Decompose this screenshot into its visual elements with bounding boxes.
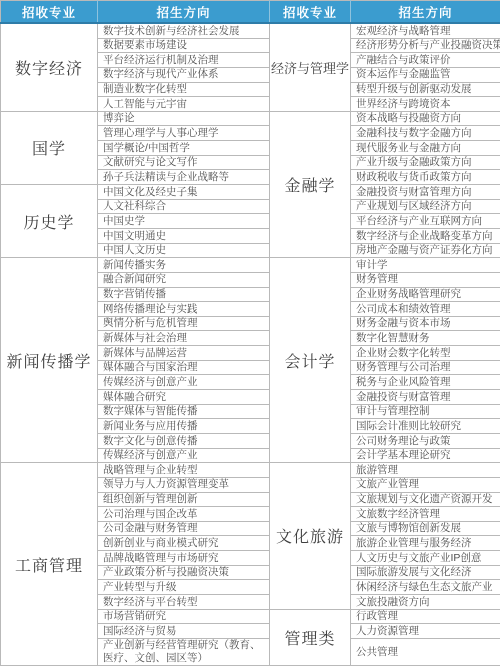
direction-cell-left: 数字经济与现代产业体系 — [98, 67, 270, 82]
direction-cell-left: 新闻业务与应用传播 — [98, 419, 270, 434]
direction-cell-right: 财务管理 — [351, 272, 500, 287]
direction-cell-right: 财务管理与公司治理 — [351, 360, 500, 375]
major-cell-right: 文化旅游 — [270, 463, 351, 609]
direction-cell-left: 产业政策分析与投融资决策 — [98, 565, 270, 580]
direction-cell-right: 房地产金融与资产证券化方向 — [351, 243, 500, 258]
direction-cell-left: 中国文化及经史子集 — [98, 185, 270, 200]
direction-cell-left: 创新创业与商业模式研究 — [98, 536, 270, 551]
direction-cell-right: 产业升级与金融政策方向 — [351, 155, 500, 170]
table-row: 新闻传播学新闻传播实务会计学审计学 — [1, 258, 500, 273]
major-cell-right: 会计学 — [270, 258, 351, 463]
major-cell-left: 新闻传播学 — [1, 258, 98, 463]
header-row: 招收专业 招生方向 招收专业 招生方向 — [1, 1, 500, 24]
direction-cell-left: 平台经济运行机制及治理 — [98, 53, 270, 68]
direction-cell-left: 国学概论/中国哲学 — [98, 141, 270, 156]
major-cell-left: 历史学 — [1, 185, 98, 258]
direction-cell-right: 旅游管理 — [351, 463, 500, 478]
direction-cell-left: 新媒体与品牌运营 — [98, 346, 270, 361]
direction-cell-left: 品牌战略管理与市场研究 — [98, 551, 270, 566]
direction-cell-right: 产融结合与政策评价 — [351, 53, 500, 68]
direction-cell-right: 文旅与博物馆创新发展 — [351, 521, 500, 536]
header-direction-left: 招生方向 — [98, 1, 270, 24]
direction-cell-right: 行政管理 — [351, 609, 500, 624]
direction-cell-right: 公司财务理论与政策 — [351, 433, 500, 448]
direction-cell-left: 人工智能与元宇宙 — [98, 97, 270, 112]
admissions-table-page: 招收专业 招生方向 招收专业 招生方向 数字经济数字技术创新与经济社会发展经济与… — [0, 0, 500, 666]
direction-cell-right: 世界经济与跨境资本 — [351, 97, 500, 112]
direction-cell-right: 数字经济与企业战略变革方向 — [351, 228, 500, 243]
direction-cell-right: 资本运作与金融监管 — [351, 67, 500, 82]
direction-cell-left: 数字文化与创意传播 — [98, 433, 270, 448]
direction-cell-right: 国际旅游发展与文化经济 — [351, 565, 500, 580]
header-major-right: 招收专业 — [270, 1, 351, 24]
direction-cell-left: 中国史学 — [98, 214, 270, 229]
direction-cell-right: 休闲经济与绿色生态文旅产业 — [351, 580, 500, 595]
direction-cell-right: 金融投资与财富管理方向 — [351, 185, 500, 200]
direction-cell-left: 国际经济与贸易 — [98, 624, 270, 639]
direction-cell-right: 公司成本和绩效管理 — [351, 302, 500, 317]
direction-cell-right: 人文历史与文旅产业IP创意 — [351, 551, 500, 566]
direction-cell-left: 战略管理与企业转型 — [98, 463, 270, 478]
direction-cell-left: 市场营销研究 — [98, 609, 270, 624]
direction-cell-left: 新闻传播实务 — [98, 258, 270, 273]
direction-cell-right: 审计与管理控制 — [351, 404, 500, 419]
major-cell-right: 金融学 — [270, 111, 351, 257]
direction-cell-right: 财务金融与资本市场 — [351, 316, 500, 331]
admissions-table: 招收专业 招生方向 招收专业 招生方向 数字经济数字技术创新与经济社会发展经济与… — [0, 0, 500, 666]
direction-cell-right: 审计学 — [351, 258, 500, 273]
table-row: 国学博弈论金融学资本战略与投融资方向 — [1, 111, 500, 126]
major-cell-left: 国学 — [1, 111, 98, 184]
header-major-left: 招收专业 — [1, 1, 98, 24]
direction-cell-right: 转型升级与创新驱动发展 — [351, 82, 500, 97]
direction-cell-right: 会计学基本理论研究 — [351, 448, 500, 463]
direction-cell-left: 中国文明通史 — [98, 228, 270, 243]
direction-cell-left: 孙子兵法精读与企业战略等 — [98, 170, 270, 185]
direction-cell-left: 数字技术创新与经济社会发展 — [98, 23, 270, 38]
direction-cell-right: 文旅产业管理 — [351, 477, 500, 492]
direction-cell-right: 资本战略与投融资方向 — [351, 111, 500, 126]
direction-cell-left: 博弈论 — [98, 111, 270, 126]
direction-cell-left: 中国人文历史 — [98, 243, 270, 258]
direction-cell-left: 新媒体与社会治理 — [98, 331, 270, 346]
direction-cell-right: 宏观经济与战略管理 — [351, 23, 500, 38]
table-row: 工商管理战略管理与企业转型文化旅游旅游管理 — [1, 463, 500, 478]
direction-cell-left: 领导力与人力资源管理变革 — [98, 477, 270, 492]
direction-cell-right: 旅游企业管理与服务经济 — [351, 536, 500, 551]
direction-cell-left: 融合新闻研究 — [98, 272, 270, 287]
direction-cell-right: 人力资源管理 — [351, 624, 500, 639]
direction-cell-left: 数字经济与平台转型 — [98, 594, 270, 609]
direction-cell-left: 管理心理学与人事心理学 — [98, 126, 270, 141]
direction-cell-left: 公司治理与国企改革 — [98, 507, 270, 522]
direction-cell-right: 数字化智慧财务 — [351, 331, 500, 346]
table-header: 招收专业 招生方向 招收专业 招生方向 — [1, 1, 500, 24]
direction-cell-right: 公共管理 — [351, 638, 500, 665]
direction-cell-left: 制造业数字化转型 — [98, 82, 270, 97]
direction-cell-right: 产业规划与区域经济方向 — [351, 199, 500, 214]
table-row: 数字经济数字技术创新与经济社会发展经济与管理学宏观经济与战略管理 — [1, 23, 500, 38]
direction-cell-right: 文旅投融资方向 — [351, 594, 500, 609]
direction-cell-right: 经济形势分析与产业投融资决策 — [351, 38, 500, 53]
direction-cell-left: 舆情分析与危机管理 — [98, 316, 270, 331]
major-cell-right: 管理类 — [270, 609, 351, 665]
direction-cell-left: 媒体融合研究 — [98, 390, 270, 405]
major-cell-left: 工商管理 — [1, 463, 98, 666]
direction-cell-right: 文旅数字经济管理 — [351, 507, 500, 522]
direction-cell-right: 金融投资与财富管理 — [351, 390, 500, 405]
direction-cell-left: 数字营销传播 — [98, 287, 270, 302]
direction-cell-left: 组织创新与管理创新 — [98, 492, 270, 507]
table-row: 历史学中国文化及经史子集金融投资与财富管理方向 — [1, 185, 500, 200]
direction-cell-right: 国际会计准则比较研究 — [351, 419, 500, 434]
direction-cell-left: 数据要素市场建设 — [98, 38, 270, 53]
direction-cell-left: 网络传播理论与实践 — [98, 302, 270, 317]
direction-cell-right: 企业财务战略管理研究 — [351, 287, 500, 302]
major-cell-left: 数字经济 — [1, 23, 98, 111]
direction-cell-right: 金融科技与数字金融方向 — [351, 126, 500, 141]
direction-cell-right: 文旅规划与文化遗产资源开发 — [351, 492, 500, 507]
direction-cell-left: 人文社科综合 — [98, 199, 270, 214]
direction-cell-right: 税务与企业风险管理 — [351, 375, 500, 390]
direction-cell-left: 产业创新与经营管理研究（教育、医疗、文创、园区等） — [98, 638, 270, 665]
direction-cell-left: 传媒经济与创意产业 — [98, 448, 270, 463]
direction-cell-left: 传媒经济与创意产业 — [98, 375, 270, 390]
major-cell-right: 经济与管理学 — [270, 23, 351, 111]
direction-cell-left: 文献研究与论文写作 — [98, 155, 270, 170]
direction-cell-left: 数字媒体与智能传播 — [98, 404, 270, 419]
table-body: 数字经济数字技术创新与经济社会发展经济与管理学宏观经济与战略管理数据要素市场建设… — [1, 23, 500, 666]
header-direction-right: 招生方向 — [351, 1, 500, 24]
direction-cell-right: 企业财会数字化转型 — [351, 346, 500, 361]
direction-cell-left: 产业转型与升级 — [98, 580, 270, 595]
direction-cell-right: 现代服务业与金融方向 — [351, 141, 500, 156]
direction-cell-left: 公司金融与财务管理 — [98, 521, 270, 536]
direction-cell-right: 财政税收与货币政策方向 — [351, 170, 500, 185]
direction-cell-right: 平台经济与产业互联网方向 — [351, 214, 500, 229]
direction-cell-left: 媒体融合与国家治理 — [98, 360, 270, 375]
